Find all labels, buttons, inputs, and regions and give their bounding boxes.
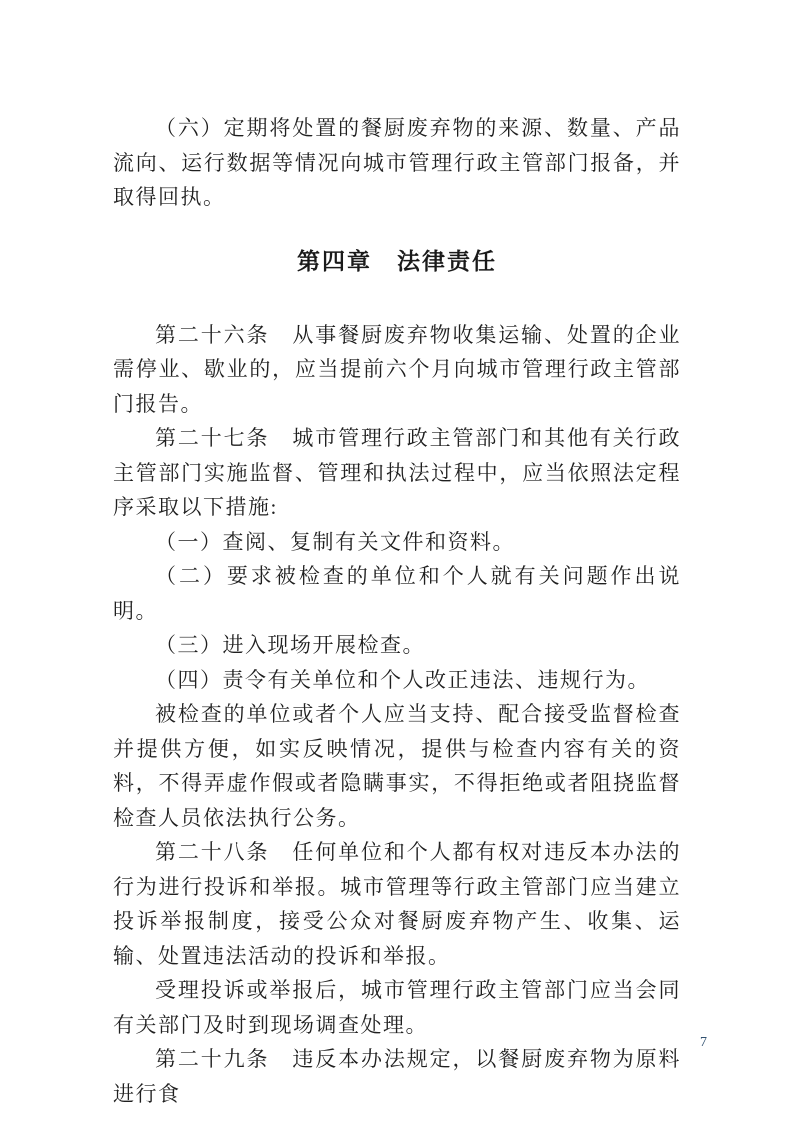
chapter-heading: 第四章 法律责任 [113, 243, 681, 279]
paragraph-article-28: 第二十八条 任何单位和个人都有权对违反本办法的行为进行投诉和举报。城市管理等行政… [113, 835, 681, 973]
paragraph-measure-3: （三）进入现场开展检查。 [113, 628, 681, 663]
paragraph-article-26: 第二十六条 从事餐厨废弃物收集运输、处置的企业需停业、歇业的，应当提前六个月向城… [113, 318, 681, 422]
document-page: （六）定期将处置的餐厨废弃物的来源、数量、产品流向、运行数据等情况向城市管理行政… [0, 0, 793, 1122]
paragraph-item-6: （六）定期将处置的餐厨废弃物的来源、数量、产品流向、运行数据等情况向城市管理行政… [113, 111, 681, 215]
paragraph-measure-1: （一）查阅、复制有关文件和资料。 [113, 525, 681, 560]
paragraph-measure-2: （二）要求被检查的单位和个人就有关问题作出说明。 [113, 559, 681, 628]
paragraph-inspection-duty: 被检查的单位或者个人应当支持、配合接受监督检查并提供方便，如实反映情况，提供与检… [113, 697, 681, 835]
paragraph-article-27: 第二十七条 城市管理行政主管部门和其他有关行政主管部门实施监督、管理和执法过程中… [113, 421, 681, 525]
paragraph-complaint-handling: 受理投诉或举报后，城市管理行政主管部门应当会同有关部门及时到现场调查处理。 [113, 973, 681, 1042]
document-body: （六）定期将处置的餐厨废弃物的来源、数量、产品流向、运行数据等情况向城市管理行政… [113, 111, 681, 1111]
paragraph-article-29: 第二十九条 违反本办法规定，以餐厨废弃物为原料进行食 [113, 1042, 681, 1111]
page-number: 7 [700, 1034, 707, 1052]
paragraph-measure-4: （四）责令有关单位和个人改正违法、违规行为。 [113, 663, 681, 698]
